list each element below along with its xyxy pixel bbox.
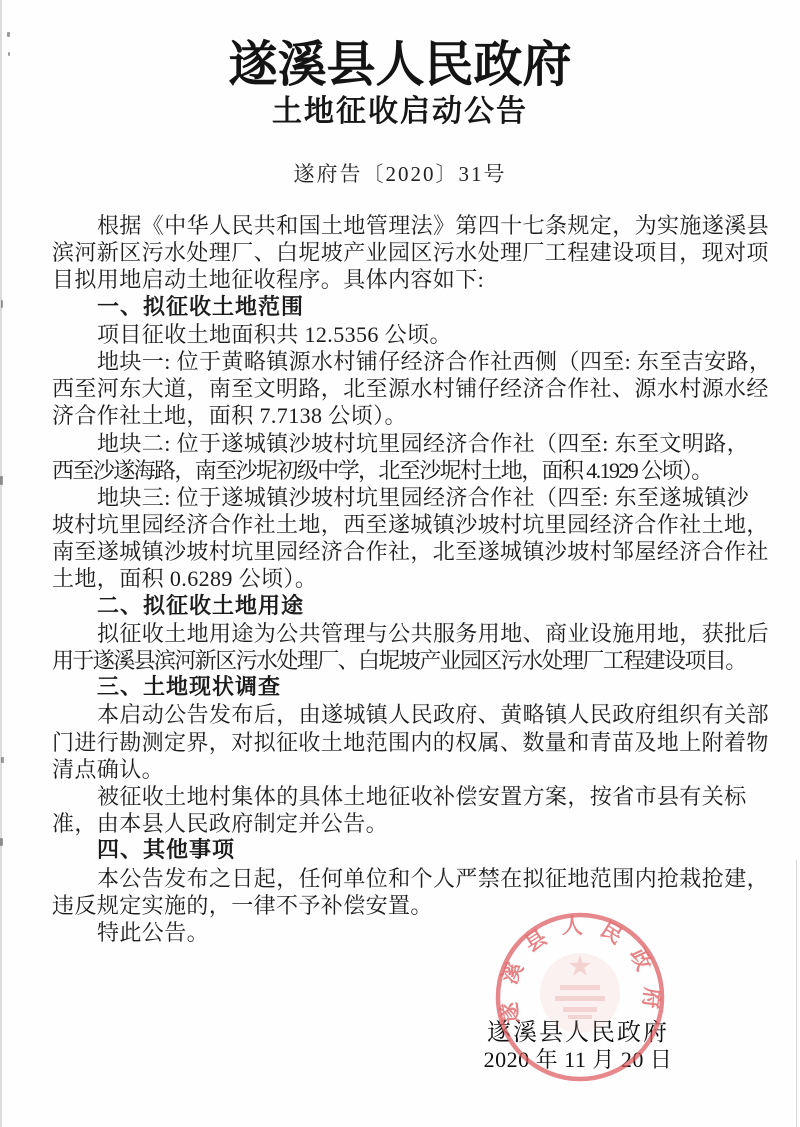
body-line: 目拟用地启动土地征收程序。具体内容如下: bbox=[52, 266, 752, 293]
body-line: 坡村坑里园经济合作社土地，西至遂城镇沙坡村坑里园经济合作社土地， bbox=[52, 511, 752, 538]
scan-speck-artifact bbox=[0, 476, 3, 485]
document-body: 根据《中华人民共和国土地管理法》第四十七条规定，为实施遂溪县 滨河新区污水处理厂… bbox=[52, 212, 752, 946]
announcement-document: 遂溪县人民政府 土地征收启动公告 遂府告〔2020〕31号 根据《中华人民共和国… bbox=[0, 0, 800, 1127]
body-line: 地块三: 位于遂城镇沙坡村坑里园经济合作社（四至: 东至遂城镇沙 bbox=[52, 484, 752, 511]
section-heading-2: 二、拟征收土地用途 bbox=[52, 593, 752, 620]
issuer-signature: 遂溪县人民政府 bbox=[448, 1019, 708, 1047]
issue-date: 2020 年 11 月 20 日 bbox=[448, 1047, 708, 1073]
scan-edge-artifact bbox=[796, 860, 797, 1127]
body-line: 地块一: 位于黄略镇源水村铺仔经济合作社西侧（四至: 东至吉安路， bbox=[52, 348, 752, 375]
body-line: 本启动公告发布后，由遂城镇人民政府、黄略镇人民政府组织有关部 bbox=[52, 701, 752, 728]
body-line: 准，由本县人民政府制定并公告。 bbox=[52, 810, 752, 837]
body-line: 特此公告。 bbox=[52, 919, 752, 946]
scan-speck-artifact bbox=[8, 52, 10, 56]
body-line: 土地，面积 0.6289 公顷）。 bbox=[52, 565, 752, 592]
body-line: 用于遂溪县滨河新区污水处理厂、白坭坡产业园区污水处理厂工程建设项目。 bbox=[52, 647, 752, 674]
scan-speck-artifact bbox=[1, 300, 3, 308]
body-line: 济合作社土地，面积 7.7138 公顷）。 bbox=[52, 402, 752, 429]
section-heading-4: 四、其他事项 bbox=[52, 837, 752, 864]
body-line: 违反规定实施的，一律不予补偿安置。 bbox=[52, 892, 752, 919]
body-line: 项目征收土地面积共 12.5356 公顷。 bbox=[52, 321, 752, 348]
page-title: 遂溪县人民政府 bbox=[0, 36, 800, 94]
scan-speck-artifact bbox=[0, 838, 3, 846]
body-line: 拟征收土地用途为公共管理与公共服务用地、商业设施用地，获批后 bbox=[52, 620, 752, 647]
body-line: 西至沙遂海路，南至沙坭初级中学，北至沙坭村土地，面积 4.1929 公顷）。 bbox=[52, 457, 752, 484]
page-subtitle: 土地征收启动公告 bbox=[0, 95, 800, 129]
body-line: 被征收土地村集体的具体土地征收补偿安置方案，按省市县有关标 bbox=[52, 783, 752, 810]
body-line: 根据《中华人民共和国土地管理法》第四十七条规定，为实施遂溪县 bbox=[52, 212, 752, 239]
body-line: 滨河新区污水处理厂、白坭坡产业园区污水处理厂工程建设项目，现对项 bbox=[52, 239, 752, 266]
document-number: 遂府告〔2020〕31号 bbox=[0, 161, 800, 187]
section-heading-1: 一、拟征收土地范围 bbox=[52, 294, 752, 321]
section-heading-3: 三、土地现状调查 bbox=[52, 674, 752, 701]
body-line: 南至遂城镇沙坡村坑里园经济合作社，北至遂城镇沙坡村邹屋经济合作社 bbox=[52, 538, 752, 565]
body-line: 地块二: 位于遂城镇沙坡村坑里园经济合作社（四至: 东至文明路， bbox=[52, 430, 752, 457]
scan-speck-artifact bbox=[7, 32, 10, 37]
body-line: 西至河东大道，南至文明路，北至源水村铺仔经济合作社、源水村源水经 bbox=[52, 375, 752, 402]
scan-speck-artifact bbox=[1, 757, 4, 763]
body-line: 门进行勘测定界，对拟征收土地范围内的权属、数量和青苗及地上附着物 bbox=[52, 729, 752, 756]
body-line: 清点确认。 bbox=[52, 756, 752, 783]
scan-edge-artifact bbox=[0, 0, 2, 1127]
body-line: 本公告发布之日起，任何单位和个人严禁在拟征地范围内抢栽抢建， bbox=[52, 865, 752, 892]
